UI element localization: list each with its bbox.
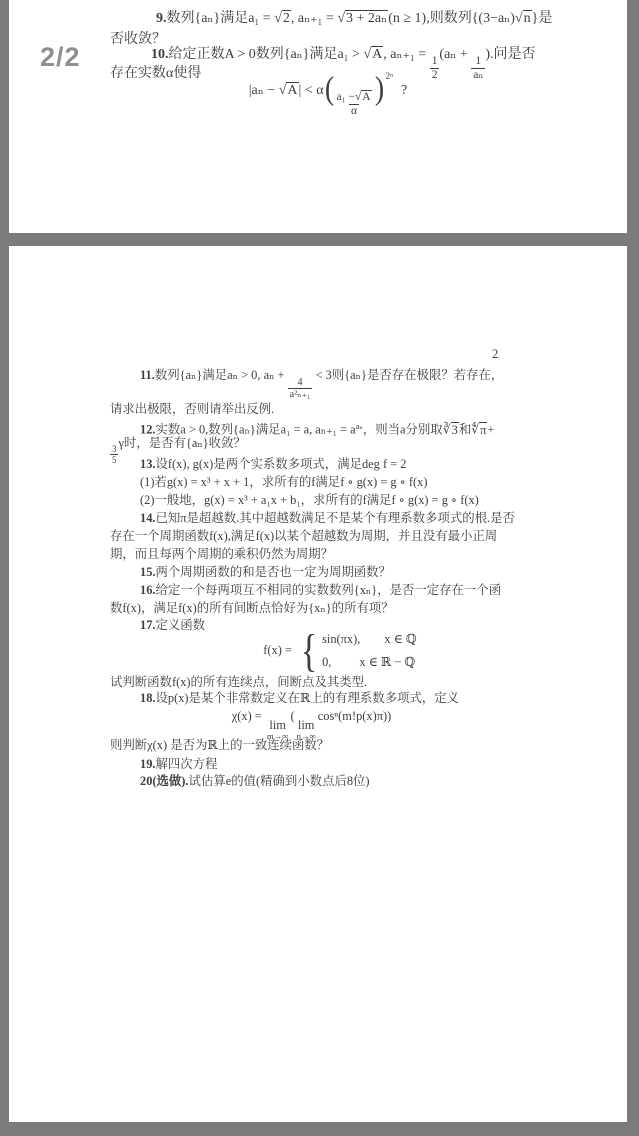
text-run: (n ≥ 1),则数列{(3−aₙ) — [388, 11, 515, 26]
numerator: 1 — [430, 55, 440, 68]
sqrt-radical: √3 + 2aₙ — [337, 10, 388, 26]
numerator: a₁ − √A — [335, 91, 374, 104]
problem-number: 13. — [140, 457, 156, 471]
problem-number: 19. — [140, 757, 156, 771]
text-run: 数f(x)，满足f(x)的所有间断点恰好为{xₙ}的所有项？ — [110, 601, 394, 615]
radical-sign: ∛ — [443, 423, 451, 437]
clipped-formula-remnant: ∙∙ ∙ ⎯⎯⎯ ∙∙ ∙ ∙∙ — [249, 0, 479, 4]
text-run: ，则当a分别取 — [363, 423, 443, 437]
math-run: a₁ − — [337, 91, 355, 104]
denominator: 5 — [110, 454, 118, 465]
math-run: | < α — [299, 83, 324, 98]
sqrt-radical: √A — [279, 82, 299, 98]
text-run: 解四次方程 — [156, 757, 218, 771]
cube-root-radical: ∛3 — [443, 422, 459, 437]
denominator: aₙ — [471, 68, 485, 82]
problem-number: 11. — [140, 368, 155, 382]
text-run: 试判断函数f(x)的所有连续点，间断点及其类型. — [110, 675, 367, 689]
exponent: 2ⁿ — [386, 71, 394, 81]
case-row: sin(πx),x ∈ ℚ — [322, 631, 417, 648]
text-run: 期，而且每两个周期的乘积仍然为周期？ — [110, 547, 333, 561]
text-run: < 3则{aₙ}是否存在极限？若存在， — [312, 368, 503, 382]
problem-15-line-1: 15.两个周期函数的和是否也一定为周期函数？ — [140, 564, 391, 581]
problem-14-line-1: 14.已知π是超越数.其中超越数满足不是某个有理系数多项式的根.是否 — [140, 510, 515, 527]
page-indicator-badge: 2/2 — [40, 42, 81, 73]
fraction: a₁ − √Aα — [335, 91, 374, 118]
problem-19-line-1: 19.解四次方程 — [140, 756, 217, 773]
problem-number: 15. — [140, 565, 156, 579]
text-run: 存在一个周期函数f(x),满足f(x)以某个超越数为周期，并且没有最小正周 — [110, 529, 497, 543]
text-run: 给定一个每两项互不相同的实数数列{xₙ}，是否一定存在一个函 — [156, 583, 502, 597]
pdf-viewer: { "viewer": { "page_indicator": "2/2" },… — [0, 0, 639, 1136]
text-run: 两个周期函数的和是否也一定为周期函数？ — [156, 565, 391, 579]
radicand: 3 + 2aₙ — [345, 10, 388, 26]
problem-20-line-1: 20(选做).试估算e的值(精确到小数点后8位) — [140, 773, 370, 790]
text-run: ).问是否 — [485, 47, 535, 62]
text-run: 设p(x)是某个非常数定义在ℝ上的有理系数多项式，定义 — [156, 691, 460, 705]
text-run: γ时，是否有{aₙ}收敛？ — [118, 436, 245, 450]
text-run: + — [487, 423, 494, 437]
denominator: 2 — [430, 68, 440, 82]
fourth-root-radical: ∜π — [471, 422, 487, 437]
math-run: ( — [290, 709, 294, 723]
case-value: 0, — [322, 654, 331, 671]
problem-17-closing-line: 试判断函数f(x)的所有连续点，间断点及其类型. — [110, 674, 367, 691]
sqrt-radical: √A — [355, 91, 372, 104]
radical-sign: √ — [363, 47, 371, 62]
text-run: , aₙ₊₁ = — [383, 47, 429, 62]
page-2: 2 11.数列{aₙ}满足aₙ > 0, aₙ + 4a²ₙ₊₁ < 3则{aₙ… — [9, 246, 627, 1122]
problem-10-line-1: 10.给定正数A > 0数列{aₙ}满足a₁ > √A, aₙ₊₁ = 12(a… — [151, 45, 535, 82]
text-run: (2)一般地，g(x) = x³ + a₁x + b₁，求所有的f满足f ∘ g… — [140, 493, 479, 507]
problem-14-line-2: 存在一个周期函数f(x),满足f(x)以某个超越数为周期，并且没有最小正周 — [110, 528, 497, 545]
problem-number: 10. — [151, 47, 169, 62]
math-run: |aₙ − — [249, 83, 279, 98]
radicand: 2 — [282, 10, 291, 26]
cases-rows: sin(πx),x ∈ ℚ0,x ∈ ℝ − ℚ — [322, 631, 417, 671]
text-run: }是 — [532, 11, 553, 26]
text-run: 存在实数α使得 — [110, 66, 201, 81]
page-1: ∙∙ ∙ ⎯⎯⎯ ∙∙ ∙ ∙∙ 9.数列{aₙ}满足a₁ = √2, aₙ₊₁… — [9, 0, 627, 233]
math-run: χ(x) = — [232, 709, 265, 723]
radical-sign: √ — [337, 11, 345, 26]
problem-13-line-1: 13.设f(x), g(x)是两个实系数多项式，满足deg f = 2 — [140, 456, 406, 473]
problem-13-part-1: (1)若g(x) = x³ + x + 1，求所有的f满足f ∘ g(x) = … — [140, 474, 427, 491]
case-condition: x ∈ ℝ − ℚ — [359, 654, 415, 671]
problem-14-line-3: 期，而且每两个周期的乘积仍然为周期？ — [110, 546, 333, 563]
problem-number: 16. — [140, 583, 156, 597]
text-run: (aₙ + — [439, 47, 471, 62]
fraction: 1aₙ — [471, 55, 485, 82]
radical-sign: √ — [274, 11, 282, 26]
problem-number: 9. — [156, 11, 167, 26]
problem-number: 20(选做). — [140, 774, 189, 788]
radicand: 3 — [451, 422, 459, 437]
radicand: A — [361, 90, 371, 103]
problem-number: 18. — [140, 691, 156, 705]
case-row: 0,x ∈ ℝ − ℚ — [322, 654, 417, 671]
radical-sign: ∜ — [471, 423, 479, 437]
text-run: 试估算e的值(精确到小数点后8位) — [189, 774, 370, 788]
fraction: 4a²ₙ₊₁ — [288, 377, 313, 401]
text-run: 数列{aₙ}满足a₁ = — [167, 11, 275, 26]
denominator: α — [349, 104, 359, 118]
problem-13-part-2: (2)一般地，g(x) = x³ + a₁x + b₁，求所有的f满足f ∘ g… — [140, 492, 479, 509]
page-number: 2 — [492, 346, 498, 363]
text-run: (1)若g(x) = x³ + x + 1，求所有的f满足f ∘ g(x) = … — [140, 475, 427, 489]
sqrt-radical: √n — [515, 10, 532, 26]
question-mark: ? — [401, 83, 407, 98]
problem-16-line-1: 16.给定一个每两项互不相同的实数数列{xₙ}，是否一定存在一个函 — [140, 582, 501, 599]
radicand: n — [523, 10, 532, 26]
numerator: 4 — [296, 377, 305, 388]
sqrt-radical: √2 — [274, 10, 291, 26]
denominator: a²ₙ₊₁ — [288, 388, 313, 400]
text-run: 设f(x), g(x)是两个实系数多项式，满足deg f = 2 — [156, 457, 407, 471]
radical-sign: √ — [515, 11, 523, 26]
radicand: A — [286, 82, 298, 98]
text-run: , aₙ₊₁ = — [291, 11, 337, 26]
problem-9-line-1: 9.数列{aₙ}满足a₁ = √2, aₙ₊₁ = √3 + 2aₙ(n ≥ 1… — [156, 9, 552, 28]
fraction: 12 — [430, 55, 440, 82]
case-condition: x ∈ ℚ — [384, 631, 416, 648]
problem-11-line-1: 11.数列{aₙ}满足aₙ > 0, aₙ + 4a²ₙ₊₁ < 3则{aₙ}是… — [140, 367, 503, 400]
text-run: 请求出极限，否则请举出反例. — [110, 402, 274, 416]
math-run: cosⁿ(m!p(x)π)) — [318, 709, 391, 723]
cases-brace: { — [301, 630, 318, 671]
problem-16-line-2: 数f(x)，满足f(x)的所有间断点恰好为{xₙ}的所有项？ — [110, 600, 394, 617]
display-formula-problem-10: |aₙ − √A| < α(a₁ − √Aα)2ⁿ? — [110, 81, 546, 118]
text-run: 数列{aₙ}满足aₙ > 0, aₙ + — [155, 368, 288, 382]
sqrt-radical: √A — [363, 46, 383, 62]
text-run: 和 — [459, 423, 471, 437]
problem-11-line-2: 请求出极限，否则请举出反例. — [110, 401, 274, 418]
problem-number: 14. — [140, 511, 156, 525]
problem-18-line-1: 18.设p(x)是某个非常数定义在ℝ上的有理系数多项式，定义 — [140, 690, 459, 707]
numerator: 1 — [473, 55, 483, 68]
piecewise-function-formula: f(x) = {sin(πx),x ∈ ℚ0,x ∈ ℝ − ℚ — [110, 630, 570, 671]
text-run: 已知π是超越数.其中超越数满足不是某个有理系数多项式的根.是否 — [156, 511, 515, 525]
case-value: sin(πx), — [322, 631, 360, 648]
problem-18-closing-line: 则判断χ(x) 是否为ℝ上的一致连续函数？ — [110, 737, 329, 754]
text-run: 给定正数A > 0数列{aₙ}满足a₁ > — [169, 47, 364, 62]
text-run: 则判断χ(x) 是否为ℝ上的一致连续函数？ — [110, 738, 329, 752]
radicand: A — [371, 46, 383, 62]
cases-expression: f(x) = {sin(πx),x ∈ ℚ0,x ∈ ℝ − ℚ — [263, 630, 416, 671]
math-run: f(x) = — [263, 642, 292, 659]
exponent: aₙ — [356, 422, 363, 431]
